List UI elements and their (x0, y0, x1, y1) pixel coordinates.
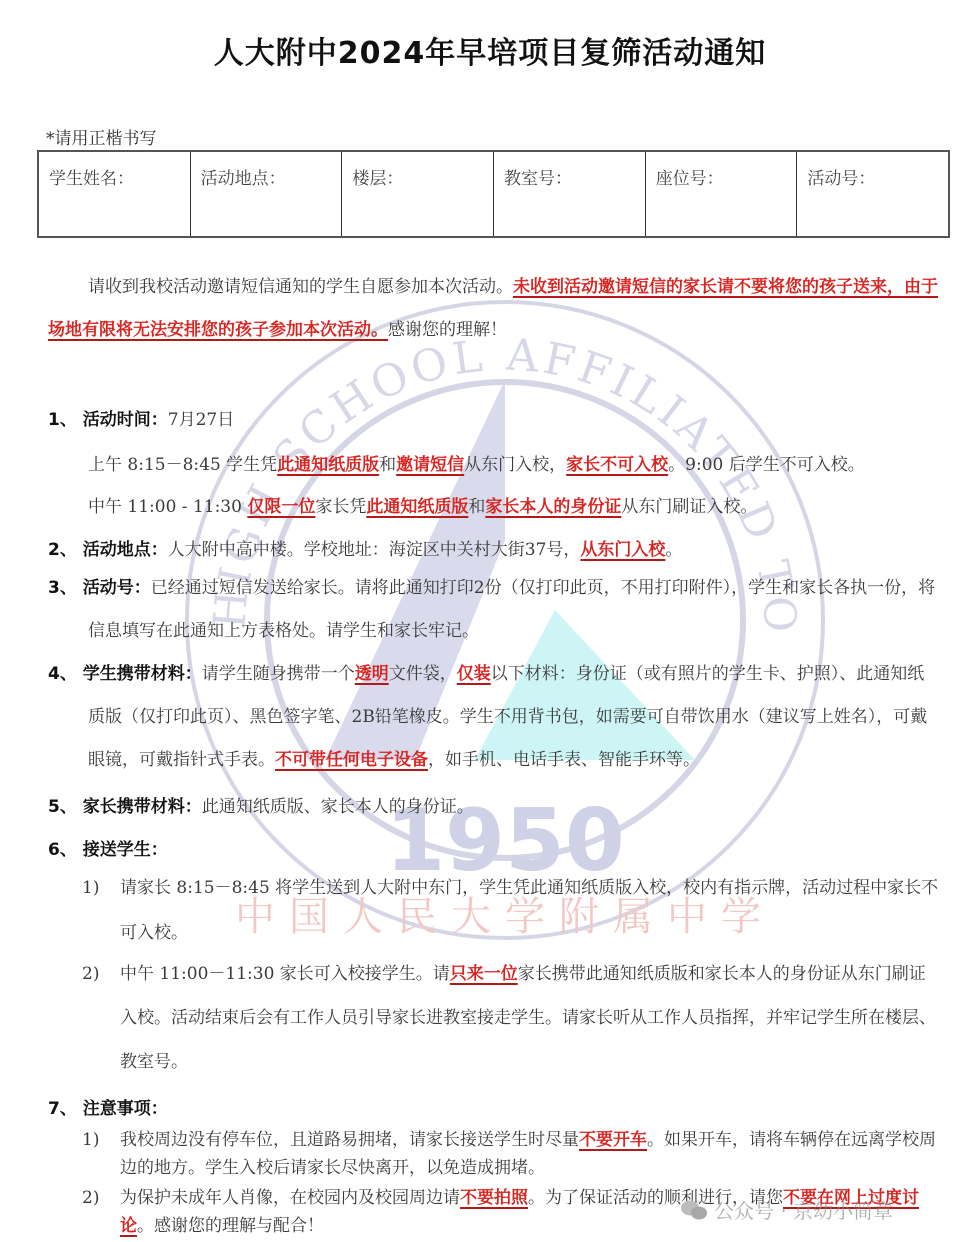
field-activity-location[interactable]: 活动地点： (191, 152, 343, 236)
wechat-icon (680, 1199, 708, 1221)
section-1-morning: 上午 8:15－8:45 学生凭此通知纸质版和邀请短信从东门入校，家长不可入校。… (88, 450, 865, 475)
section-7-item-1: 1) 我校周边没有停车位，且道路易拥堵，请家长接送学生时尽量不要开车。如果开车，… (82, 1126, 942, 1182)
notice-page: HIGH SCHOOL AFFILIATED TO RENMIN UNIVERS… (0, 0, 980, 1242)
field-student-name[interactable]: 学生姓名： (39, 152, 191, 236)
field-floor[interactable]: 楼层： (342, 152, 494, 236)
section-1: 1、 活动时间：7月27日 (48, 405, 234, 430)
handwriting-note: *请用正楷书写 (46, 124, 157, 149)
field-seat[interactable]: 座位号： (646, 152, 798, 236)
section-1-noon: 中午 11:00 - 11:30 仅限一位家长凭此通知纸质版和家长本人的身份证从… (88, 492, 757, 517)
section-6-item-2: 2) 中午 11:00－11:30 家长可入校接学生。请只来一位家长携带此通知纸… (82, 952, 942, 1084)
field-activity-number[interactable]: 活动号： (797, 152, 948, 236)
section-4-heading: 4、 学生携带材料： (48, 664, 202, 684)
page-title: 人大附中2024年早培项目复筛活动通知 (0, 28, 980, 72)
section-2: 2、 活动地点：人大附中高中楼。学校地址：海淀区中关村大街37号，从东门入校。 (48, 535, 682, 560)
section-3-heading: 3、 活动号： (48, 578, 151, 598)
section-2-heading: 2、 活动地点： (48, 540, 168, 560)
section-6-heading: 6、 接送学生： (48, 835, 168, 860)
section-1-heading: 1、 活动时间： (48, 410, 168, 430)
student-info-table: 学生姓名： 活动地点： 楼层： 教室号： 座位号： 活动号： (37, 150, 950, 238)
intro-paragraph: 请收到我校活动邀请短信通知的学生自愿参加本次活动。未收到活动邀请短信的家长请不要… (48, 266, 948, 352)
section-7-heading: 7、 注意事项： (48, 1094, 168, 1119)
section-4: 4、 学生携带材料：请学生随身携带一个透明文件袋，仅装以下材料：身份证（或有照片… (48, 653, 940, 782)
section-5: 5、 家长携带材料：此通知纸质版、家长本人的身份证。 (48, 792, 474, 817)
section-3: 3、 活动号：已经通过短信发送给家长。请将此通知打印2份（仅打印此页，不用打印附… (48, 567, 940, 653)
wechat-account-watermark: 公众号 · 京幼小简章 (680, 1195, 893, 1224)
section-5-heading: 5、 家长携带材料： (48, 797, 202, 817)
field-classroom[interactable]: 教室号： (494, 152, 646, 236)
section-6-item-1: 1) 请家长 8:15－8:45 将学生送到人大附中东门，学生凭此通知纸质版入校… (82, 866, 942, 956)
